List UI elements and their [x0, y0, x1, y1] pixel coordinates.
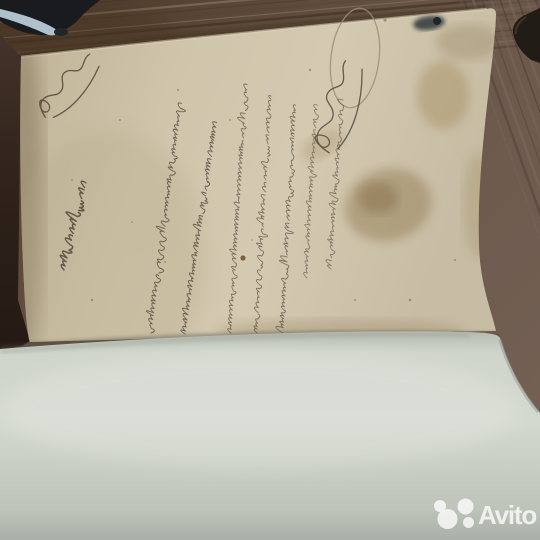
brown-stain-core [358, 182, 398, 214]
photo-of-antique-book: Avito [0, 0, 540, 540]
page-sheen [0, 350, 520, 470]
brown-stain-upper [417, 61, 469, 129]
avito-wordmark: Avito [478, 500, 536, 530]
scene-canvas: Avito [0, 0, 540, 540]
band-tip-shadow [54, 28, 68, 36]
corner-grime [436, 24, 500, 60]
logo-circle-top-right [458, 499, 474, 515]
brown-dot-mark [240, 255, 245, 260]
logo-circle-bottom-left [438, 509, 458, 529]
logo-circle-bottom-right [463, 517, 474, 528]
ink-smudge-core [433, 17, 441, 25]
